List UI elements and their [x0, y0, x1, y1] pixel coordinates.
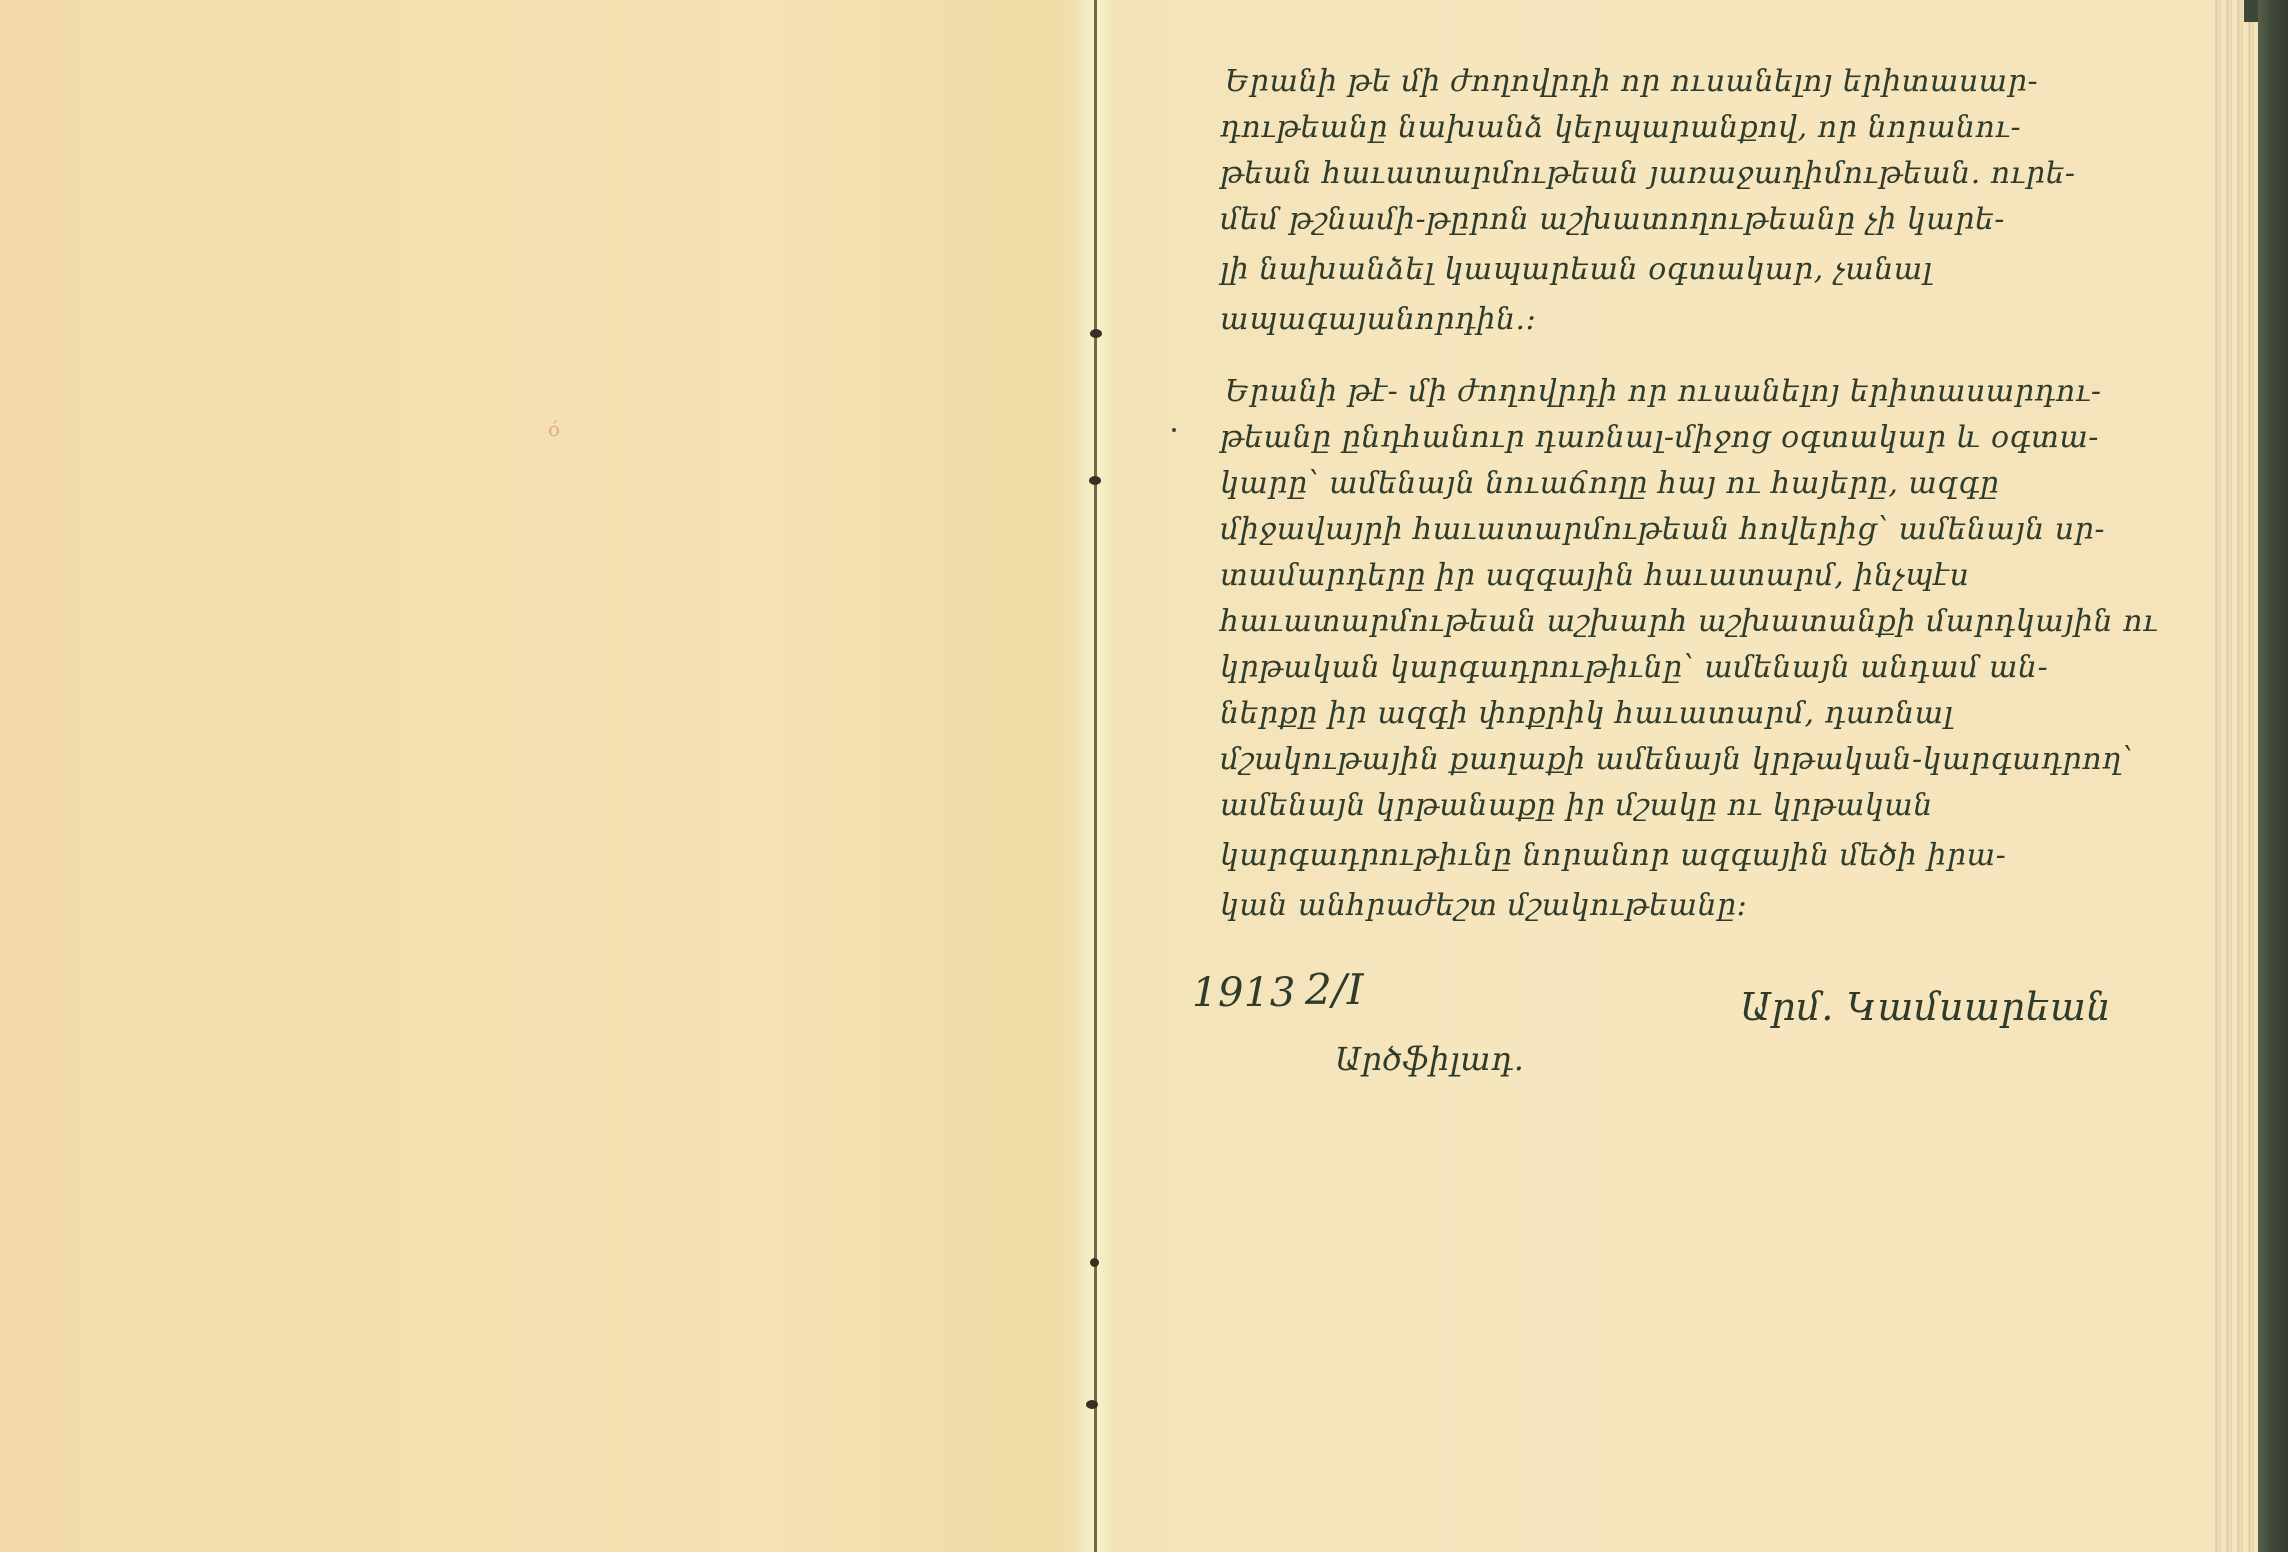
binding-stitch: [1089, 476, 1101, 485]
handwritten-line: ապագայանորդին.:: [1220, 298, 2120, 342]
date-year: 1913: [1192, 970, 1296, 1016]
handwritten-line: ներքը իր ազգի փոքրիկ հաւատարմ, դառնալ: [1220, 692, 2120, 736]
pencil-mark: ó: [548, 420, 570, 438]
handwritten-line: միջավայրի հաւատարմութեան հովերից՝ ամենայ…: [1220, 508, 2120, 552]
handwritten-line: թեան հաւատարմութեան յառաջադիմութեան. ուր…: [1220, 152, 2120, 196]
handwritten-line: ամենայն կրթանաքը իր մշակը ու կրթական: [1220, 784, 2120, 828]
date-fraction: 2/I: [1305, 965, 1364, 1014]
handwritten-line: Երանի թէ- մի ժողովրդի որ ուսանելոյ երիտա…: [1225, 370, 2125, 414]
signature: Արմ. Կամսարեան: [1740, 985, 2111, 1029]
place-name: Արծֆիլադ.: [1335, 1040, 1524, 1078]
handwritten-line: լի նախանձել կապարեան օգտակար, չանալ: [1220, 248, 2120, 292]
ink-speck: [1172, 428, 1176, 432]
book-spine: [1094, 0, 1097, 1552]
page-stack-edges: [2210, 0, 2260, 1552]
handwritten-line: տամարդերը իր ազգային հաւատարմ, ինչպէս: [1220, 554, 2120, 598]
handwritten-line: մշակութային քաղաքի ամենայն կրթական-կարգա…: [1220, 738, 2120, 782]
binding-stitch: [1090, 1258, 1099, 1267]
binding-stitch: [1090, 329, 1102, 338]
handwritten-line: կարգադրութիւնը նորանոր ազգային մեծի իրա-: [1220, 834, 2120, 878]
handwritten-line: դութեանը նախանձ կերպարանքով, որ նորանու-: [1220, 106, 2120, 150]
binding-stitch: [1086, 1400, 1098, 1409]
handwritten-line: Երանի թե մի ժողովրդի որ ուսանելոյ երիտաս…: [1225, 60, 2125, 104]
handwritten-line: կարը՝ ամենայն նուաճողը հայ ու հայերը, ազ…: [1220, 462, 2120, 506]
left-page: ó: [0, 0, 1095, 1552]
handwritten-line: հաւատարմութեան աշխարհ աշխատանքի մարդկայի…: [1220, 600, 2120, 644]
handwritten-line: կրթական կարգադրութիւնը՝ ամենայն անդամ ան…: [1220, 646, 2120, 690]
book-cover: [2258, 0, 2288, 1552]
handwritten-line: թեանը ընդհանուր դառնալ-միջոց օգտակար և օ…: [1220, 416, 2120, 460]
handwritten-line: կան անհրաժեշտ մշակութեանը:: [1220, 884, 2120, 928]
handwritten-line: մեմ թշնամի-թըրոն աշխատողութեանը չի կարե-: [1220, 198, 2120, 242]
